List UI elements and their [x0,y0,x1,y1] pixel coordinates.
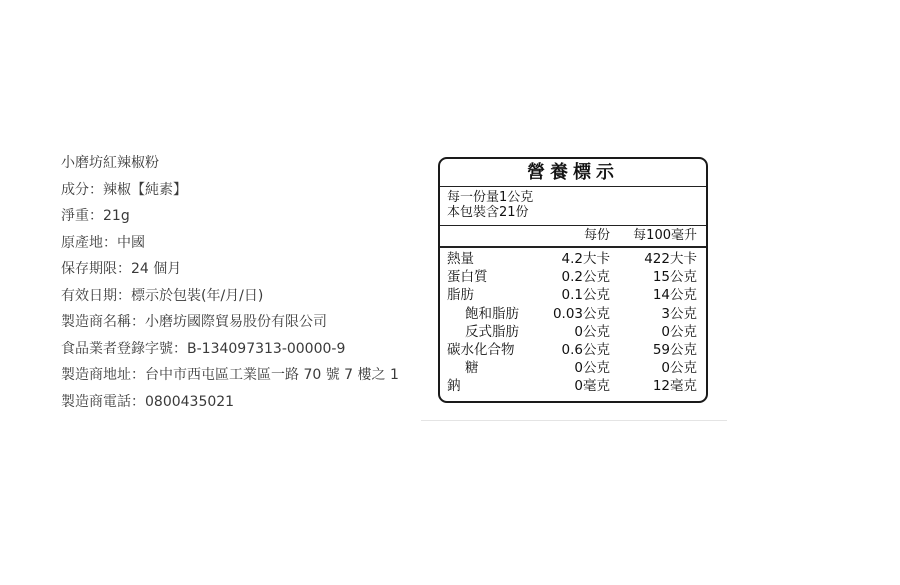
nutrient-name: 蛋白質 [447,268,488,286]
column-header: 每份 每100毫升 [440,226,706,248]
manufacturer-name: 製造商名稱：小磨坊國際貿易股份有限公司 [61,309,399,336]
divider-line [421,420,727,421]
nutrient-row-sodium: 鈉 0毫克 12毫克 [440,377,706,395]
origin: 原產地：中國 [61,230,399,257]
nutrient-name: 熱量 [447,250,474,268]
nutrition-label: 營養標示 每一份量1公克 本包裝含21份 每份 每100毫升 熱量 4.2大卡 … [438,157,708,403]
serving-size: 每一份量1公克 [447,190,706,205]
nutrient-name: 反式脂肪 [465,323,519,341]
nutrient-row-trans-fat: 反式脂肪 0公克 0公克 [440,323,706,341]
per-100-value: 59公克 [653,341,697,359]
per-100-value: 14公克 [653,286,697,304]
per-100-value: 3公克 [661,305,697,323]
per-100-value: 422大卡 [644,250,697,268]
registration-number: 食品業者登錄字號：B-134097313-00000-9 [61,336,399,363]
per-serving-value: 4.2大卡 [562,250,610,268]
nutrient-rows: 熱量 4.2大卡 422大卡 蛋白質 0.2公克 15公克 脂肪 0.1公克 1… [440,248,706,396]
nutrient-name: 脂肪 [447,286,474,304]
servings-per-package: 本包裝含21份 [447,205,706,220]
ingredients: 成分：辣椒【純素】 [61,177,399,204]
product-info: 小磨坊紅辣椒粉 成分：辣椒【純素】 淨重：21g 原產地：中國 保存期限：24 … [61,150,399,415]
nutrient-name: 糖 [465,359,479,377]
per-100-value: 15公克 [653,268,697,286]
per-serving-value: 0.1公克 [562,286,610,304]
nutrient-name: 飽和脂肪 [465,305,519,323]
col-per-100: 每100毫升 [633,226,697,246]
nutrient-row-saturated-fat: 飽和脂肪 0.03公克 3公克 [440,305,706,323]
per-100-value: 12毫克 [653,377,697,395]
nutrient-row-carbohydrate: 碳水化合物 0.6公克 59公克 [440,341,706,359]
nutrient-row-protein: 蛋白質 0.2公克 15公克 [440,268,706,286]
serving-info: 每一份量1公克 本包裝含21份 [440,187,706,226]
per-100-value: 0公克 [661,323,697,341]
col-per-serving: 每份 [584,226,610,246]
manufacturer-address: 製造商地址：台中市西屯區工業區一路 70 號 7 樓之 1 [61,362,399,389]
nutrient-row-energy: 熱量 4.2大卡 422大卡 [440,250,706,268]
per-serving-value: 0.6公克 [562,341,610,359]
per-serving-value: 0.03公克 [553,305,610,323]
per-serving-value: 0公克 [574,323,610,341]
nutrition-title: 營養標示 [440,159,706,187]
nutrient-name: 鈉 [447,377,461,395]
per-100-value: 0公克 [661,359,697,377]
expiry-date: 有效日期：標示於包裝(年/月/日) [61,283,399,310]
shelf-life: 保存期限：24 個月 [61,256,399,283]
nutrient-row-sugar: 糖 0公克 0公克 [440,359,706,377]
manufacturer-phone: 製造商電話：0800435021 [61,389,399,416]
nutrient-name: 碳水化合物 [447,341,515,359]
per-serving-value: 0.2公克 [562,268,610,286]
nutrient-row-fat: 脂肪 0.1公克 14公克 [440,286,706,304]
product-name: 小磨坊紅辣椒粉 [61,150,399,177]
per-serving-value: 0公克 [574,359,610,377]
net-weight: 淨重：21g [61,203,399,230]
per-serving-value: 0毫克 [574,377,610,395]
